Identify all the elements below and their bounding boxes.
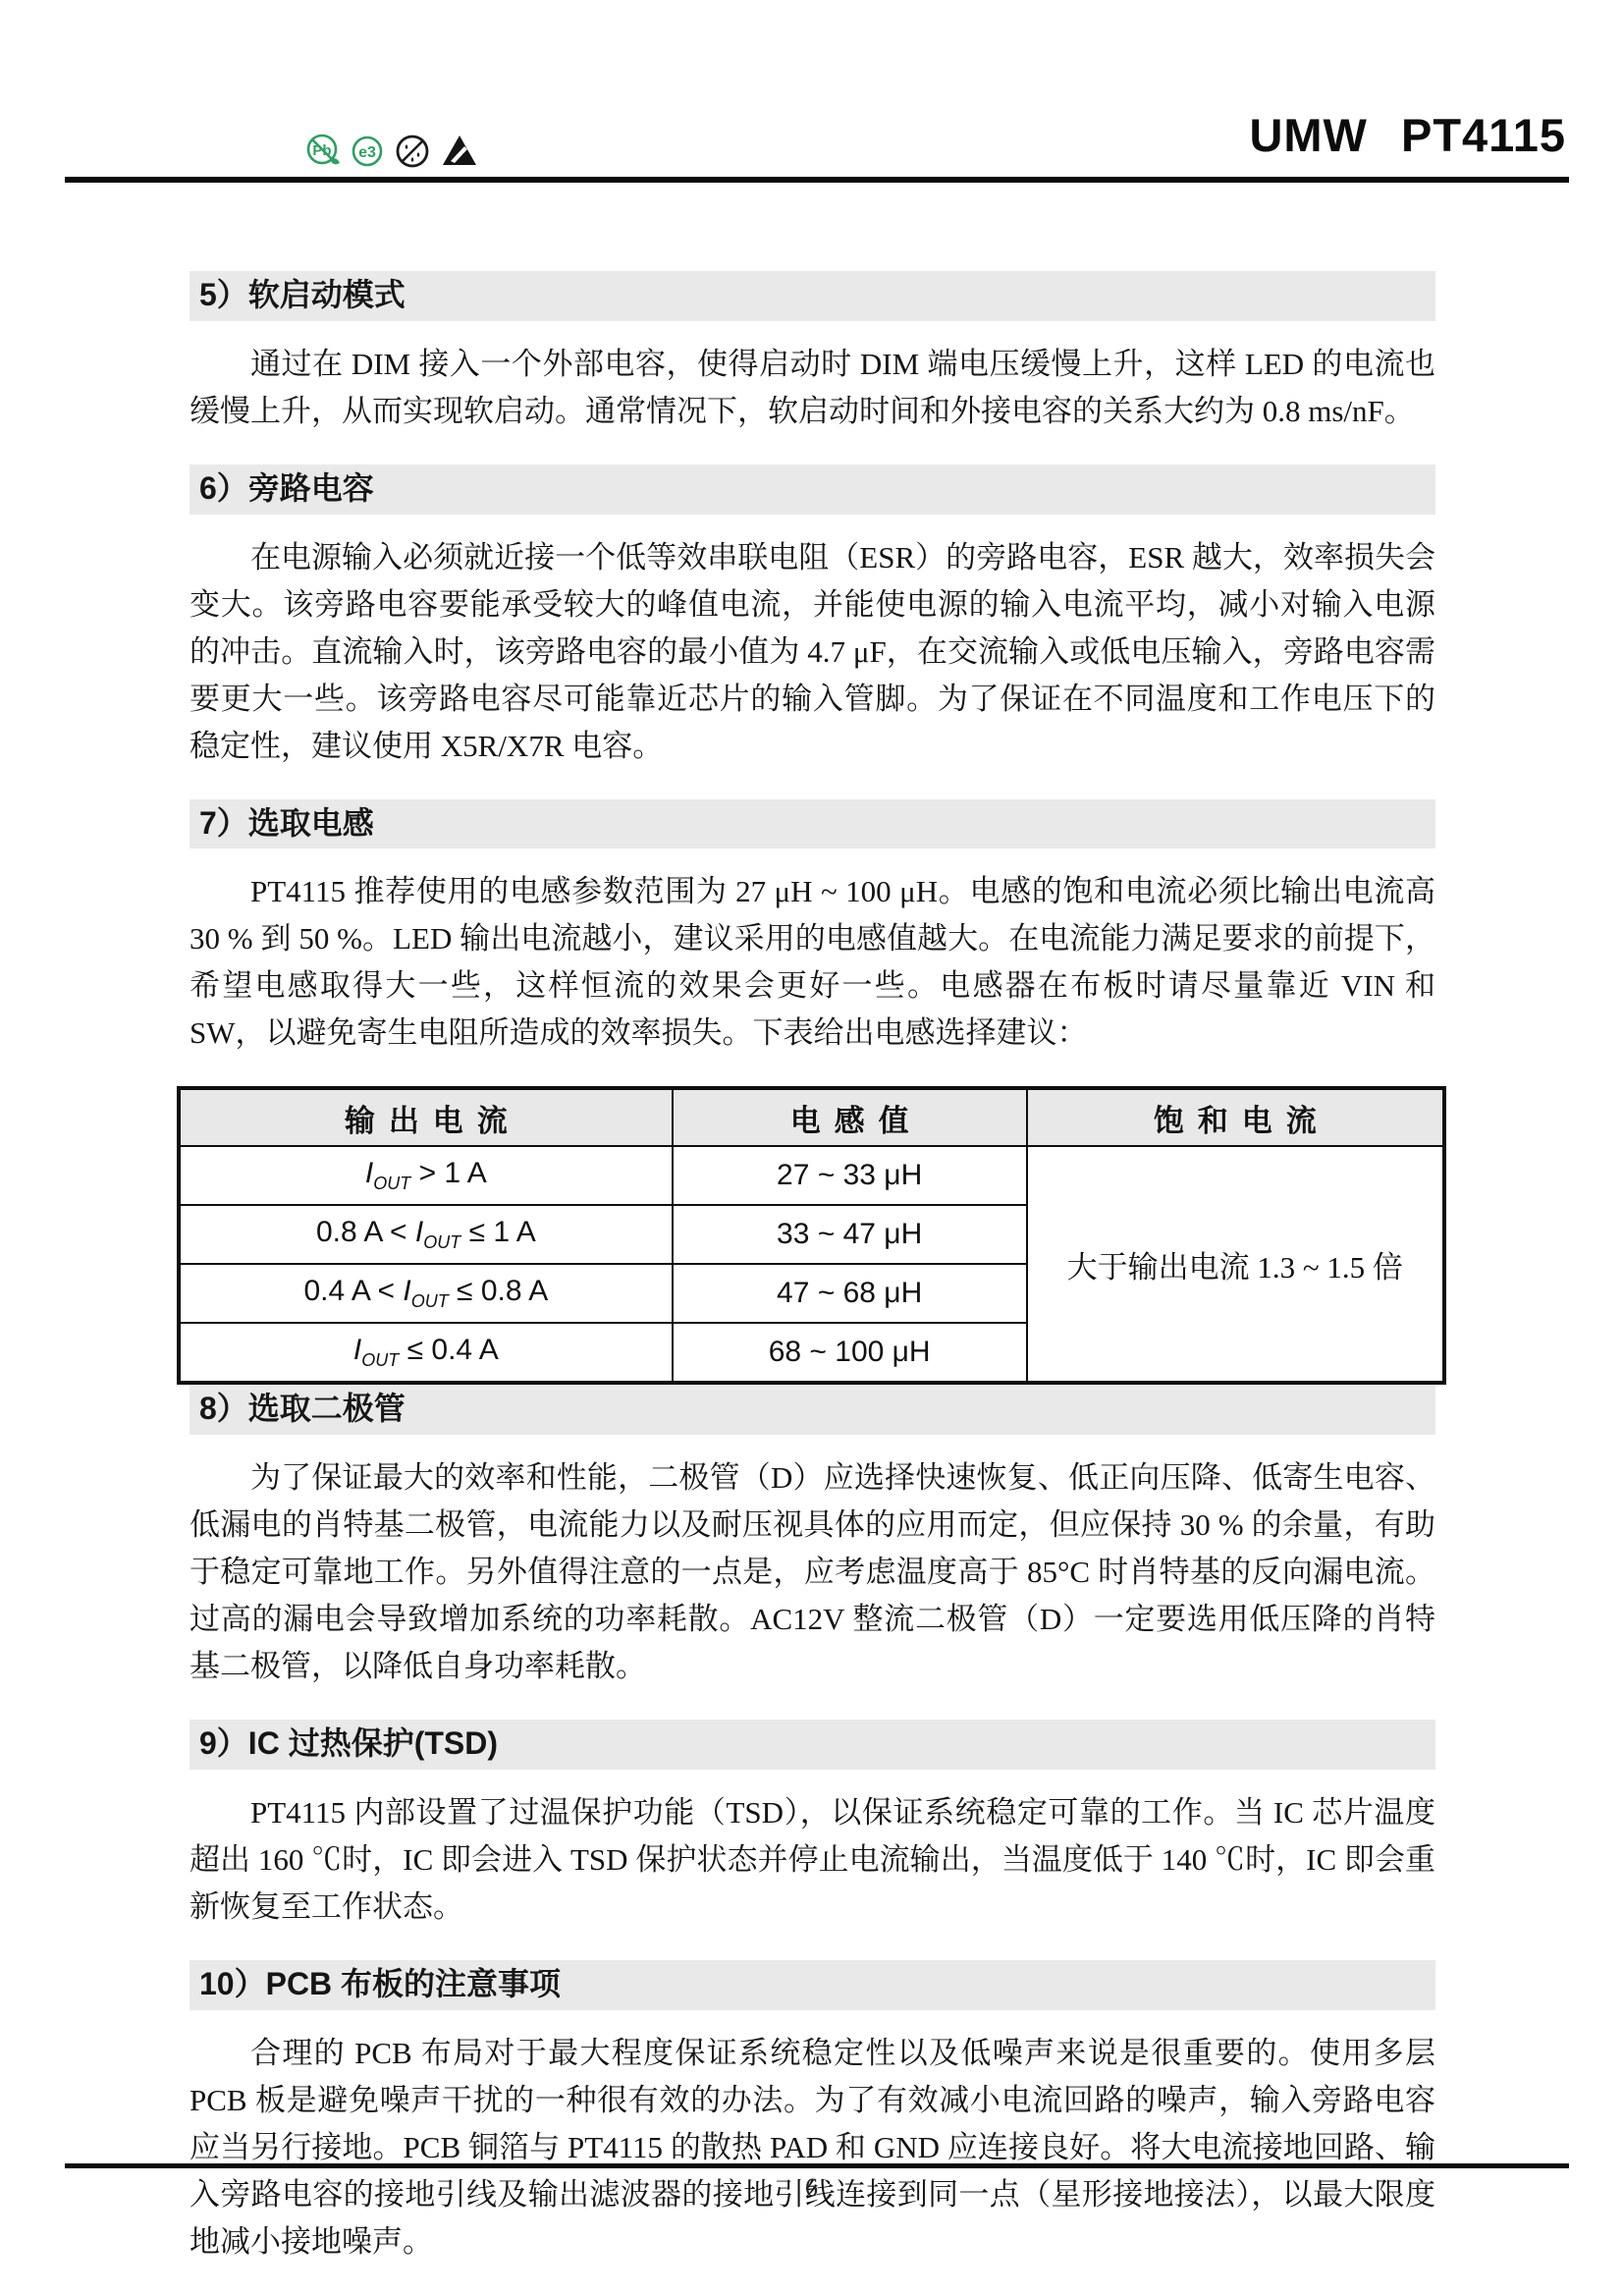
output-current-cell: IOUT > 1 A (179, 1146, 673, 1205)
range-prefix: 0.8 A < (316, 1216, 415, 1248)
section-paragraph: 合理的 PCB 布局对于最大程度保证系统稳定性以及低噪声来说是很重要的。使用多层… (189, 2030, 1435, 2266)
output-current-cell: IOUT ≤ 0.4 A (179, 1323, 673, 1383)
range-suffix: ≤ 0.8 A (449, 1275, 549, 1307)
section-heading-soft-start: 5）软启动模式 (189, 271, 1435, 321)
table-header-row: 输出电流 电感值 饱和电流 (179, 1088, 1444, 1146)
output-current-cell: 0.4 A < IOUT ≤ 0.8 A (179, 1264, 673, 1323)
datasheet-page: Pb e3 UMW PT4115 5）软启动模式 通过在 DIM 接入一个外部电… (0, 0, 1623, 2296)
iout-symbol: IOUT (403, 1275, 448, 1307)
iout-symbol: IOUT (365, 1157, 410, 1189)
table-row: IOUT > 1 A 27 ~ 33 μH 大于输出电流 1.3 ~ 1.5 倍 (179, 1146, 1444, 1205)
current-symbol: I (415, 1216, 423, 1248)
section-heading-thermal-shutdown: 9）IC 过热保护(TSD) (189, 1720, 1435, 1770)
inductance-cell: 27 ~ 33 μH (673, 1146, 1027, 1205)
current-symbol: I (353, 1334, 361, 1366)
halogen-free-icon (393, 132, 432, 171)
section-paragraph: 在电源输入必须就近接一个低等效串联电阻（ESR）的旁路电容，ESR 越大，效率损… (189, 534, 1435, 770)
saturation-current-cell: 大于输出电流 1.3 ~ 1.5 倍 (1027, 1146, 1444, 1383)
section-heading-diode-selection: 8）选取二极管 (189, 1385, 1435, 1435)
current-subscript: OUT (373, 1174, 410, 1193)
inductor-table-wrapper: 输出电流 电感值 饱和电流 IOUT > 1 A 27 ~ 33 μH 大于输出… (177, 1086, 1435, 1385)
current-subscript: OUT (423, 1232, 460, 1252)
current-subscript: OUT (361, 1350, 399, 1370)
col-header-inductance: 电感值 (673, 1088, 1027, 1146)
col-header-saturation-current: 饱和电流 (1027, 1088, 1444, 1146)
esd-caution-icon (439, 132, 480, 171)
section-heading-pcb-layout: 10）PCB 布板的注意事项 (189, 1960, 1435, 2010)
inductance-cell: 47 ~ 68 μH (673, 1264, 1027, 1323)
page-number: 6 (0, 2173, 1623, 2203)
range-prefix: 0.4 A < (303, 1275, 403, 1307)
document-title: UMW PT4115 (1249, 108, 1566, 162)
compliance-logos: Pb e3 (304, 132, 480, 171)
section-heading-bypass-capacitor: 6）旁路电容 (189, 465, 1435, 515)
inductance-cell: 33 ~ 47 μH (673, 1205, 1027, 1264)
inductor-selection-table: 输出电流 电感值 饱和电流 IOUT > 1 A 27 ~ 33 μH 大于输出… (177, 1086, 1446, 1385)
e3-icon: e3 (349, 133, 386, 170)
inductance-cell: 68 ~ 100 μH (673, 1323, 1027, 1383)
output-current-cell: 0.8 A < IOUT ≤ 1 A (179, 1205, 673, 1264)
page-content: 5）软启动模式 通过在 DIM 接入一个外部电容，使得启动时 DIM 端电压缓慢… (189, 271, 1435, 2295)
col-header-output-current: 输出电流 (179, 1088, 673, 1146)
section-heading-inductor-selection: 7）选取电感 (189, 799, 1435, 849)
pb-free-icon: Pb (304, 132, 342, 171)
range-suffix: ≤ 0.4 A (399, 1334, 499, 1366)
section-paragraph: PT4115 推荐使用的电感参数范围为 27 μH ~ 100 μH。电感的饱和… (189, 868, 1435, 1057)
footer-rule (65, 2163, 1569, 2168)
section-paragraph: 通过在 DIM 接入一个外部电容，使得启动时 DIM 端电压缓慢上升，这样 LE… (189, 341, 1435, 435)
current-symbol: I (365, 1157, 373, 1189)
range-suffix: ≤ 1 A (460, 1216, 536, 1248)
range-suffix: > 1 A (410, 1157, 487, 1189)
iout-symbol: IOUT (353, 1334, 399, 1366)
section-paragraph: 为了保证最大的效率和性能，二极管（D）应选择快速恢复、低正向压降、低寄生电容、低… (189, 1454, 1435, 1690)
section-paragraph: PT4115 内部设置了过温保护功能（TSD），以保证系统稳定可靠的工作。当 I… (189, 1789, 1435, 1931)
header-rule (65, 177, 1569, 183)
current-subscript: OUT (411, 1291, 449, 1311)
current-symbol: I (403, 1275, 410, 1307)
iout-symbol: IOUT (415, 1216, 460, 1248)
e3-label: e3 (358, 144, 376, 161)
